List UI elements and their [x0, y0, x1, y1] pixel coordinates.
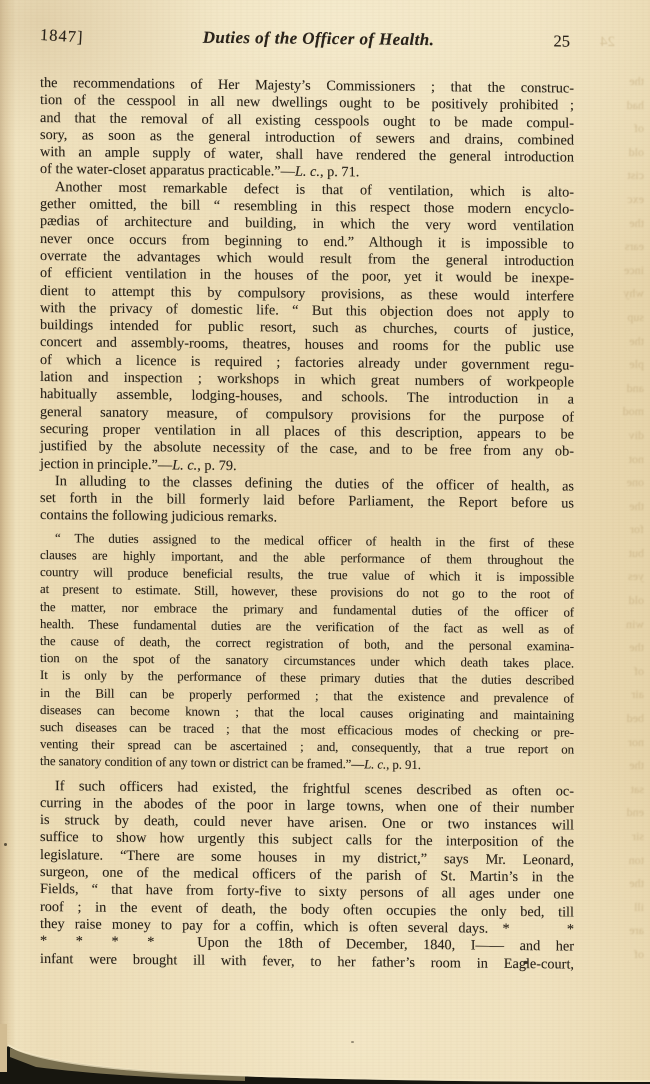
paper-speck: [4, 843, 7, 846]
year-label: 1847]: [40, 25, 84, 48]
paragraph: In alluding to the classes defining the …: [40, 473, 574, 530]
showthrough-page-number: 24: [600, 34, 615, 51]
paper-speck: [524, 961, 528, 964]
book-page-scan: 1847] Duties of the Officer of Health. 2…: [0, 0, 650, 1084]
paragraph: Another most remarkable defect is that o…: [40, 179, 574, 479]
paragraph: the recommendations of Her Majesty’s Com…: [40, 75, 574, 184]
paragraph: If such officers had existed, the fright…: [40, 778, 574, 974]
page-text-block: 1847] Duties of the Officer of Health. 2…: [40, 26, 574, 973]
page-number: 25: [554, 31, 575, 51]
showthrough-text: the had of old cist exc the ears ince wh…: [592, 70, 644, 967]
left-page-edge: [0, 1024, 7, 1072]
body-text: the recommendations of Her Majesty’s Com…: [40, 75, 574, 973]
running-title: Duties of the Officer of Health.: [84, 26, 554, 51]
page-bottom-edge: [0, 1024, 650, 1084]
paragraph: “ The duties assigned to the medical off…: [40, 530, 574, 776]
page-header: 1847] Duties of the Officer of Health. 2…: [40, 26, 574, 52]
